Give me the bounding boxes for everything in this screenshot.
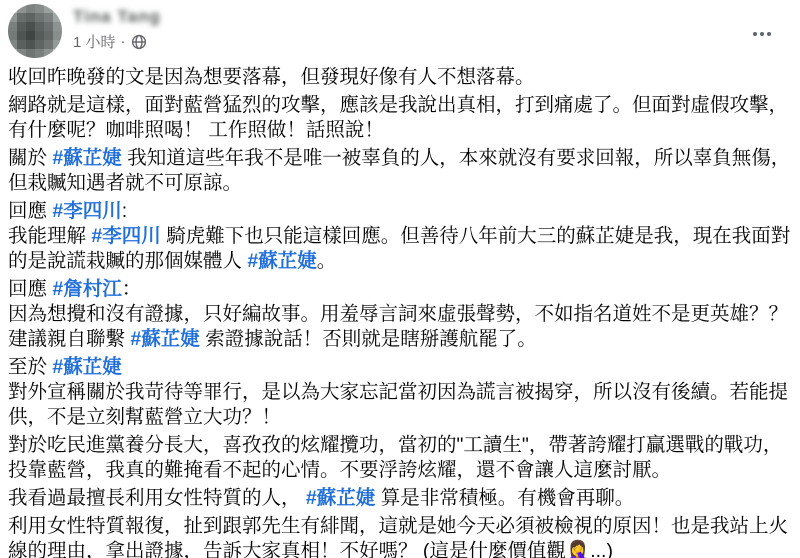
more-options-button[interactable] <box>746 18 778 50</box>
author-name-blurred[interactable]: Tina Tang <box>73 7 161 27</box>
post-paragraph: 回應 #李四川:我能理解 #李四川 騎虎難下也只能這樣回應。但善待八年前大三的蘇… <box>8 199 792 274</box>
post-paragraph: 我看過最擅長利用女性特質的人， #蘇芷婕 算是非常積極。有機會再聊。 <box>8 486 792 511</box>
more-horizontal-icon <box>767 32 771 36</box>
hashtag-link[interactable]: #蘇芷婕 <box>130 328 199 350</box>
hashtag-link[interactable]: #李四川 <box>91 225 160 247</box>
post-paragraph: 至於 #蘇芷婕對外宣稱關於我苛待等罪行，是以為大家忘記當初因為謊言被揭穿，所以沒… <box>8 355 792 430</box>
more-horizontal-icon <box>760 32 764 36</box>
post-paragraph: 回應 #詹村江：因為想攪和沒有證據，只好編故事。用羞辱言詞來虛張聲勢，不如指名道… <box>8 277 792 352</box>
separator-dot: · <box>121 33 126 50</box>
timestamp[interactable]: 1 小時 <box>73 31 116 52</box>
hashtag-link[interactable]: #蘇芷婕 <box>52 147 121 169</box>
globe-icon <box>131 34 147 50</box>
post-paragraph: 收回昨晚發的文是因為想要落幕，但發現好像有人不想落幕。 <box>8 65 792 90</box>
post-subline: 1 小時 · <box>73 31 161 52</box>
facebook-post: Tina Tang 1 小時 · 收回昨晚發的文是因為想要落幕，但發現好像有人不… <box>0 0 800 558</box>
hashtag-link[interactable]: #詹村江 <box>52 278 121 300</box>
post-paragraph: 網路就是這樣，面對藍營猛烈的攻擊，應該是我說出真相，打到痛處了。但面對虛假攻擊，… <box>8 93 792 143</box>
post-meta: Tina Tang 1 小時 · <box>73 4 161 52</box>
post-content: 收回昨晚發的文是因為想要落幕，但發現好像有人不想落幕。網路就是這樣，面對藍營猛烈… <box>8 65 792 558</box>
post-paragraph: 對於吃民進黨養分長大，喜孜孜的炫耀攬功，當初的"工讀生"，帶著誇耀打贏選戰的戰功… <box>8 433 792 483</box>
hashtag-link[interactable]: #蘇芷婕 <box>306 487 375 509</box>
hashtag-link[interactable]: #蘇芷婕 <box>52 356 121 378</box>
post-paragraph: 利用女性特質報復，扯到跟郭先生有緋聞，這就是她今天必須被檢視的原因！也是我站上火… <box>8 514 792 558</box>
post-paragraph: 關於 #蘇芷婕 我知道這些年我不是唯一被辜負的人，本來就沒有要求回報，所以辜負無… <box>8 146 792 196</box>
avatar-pixelated-image <box>8 4 62 58</box>
hashtag-link[interactable]: #李四川 <box>52 200 121 222</box>
avatar[interactable] <box>8 4 62 58</box>
hashtag-link[interactable]: #蘇芷婕 <box>247 250 316 272</box>
post-header: Tina Tang 1 小時 · <box>8 4 792 60</box>
more-horizontal-icon <box>753 32 757 36</box>
